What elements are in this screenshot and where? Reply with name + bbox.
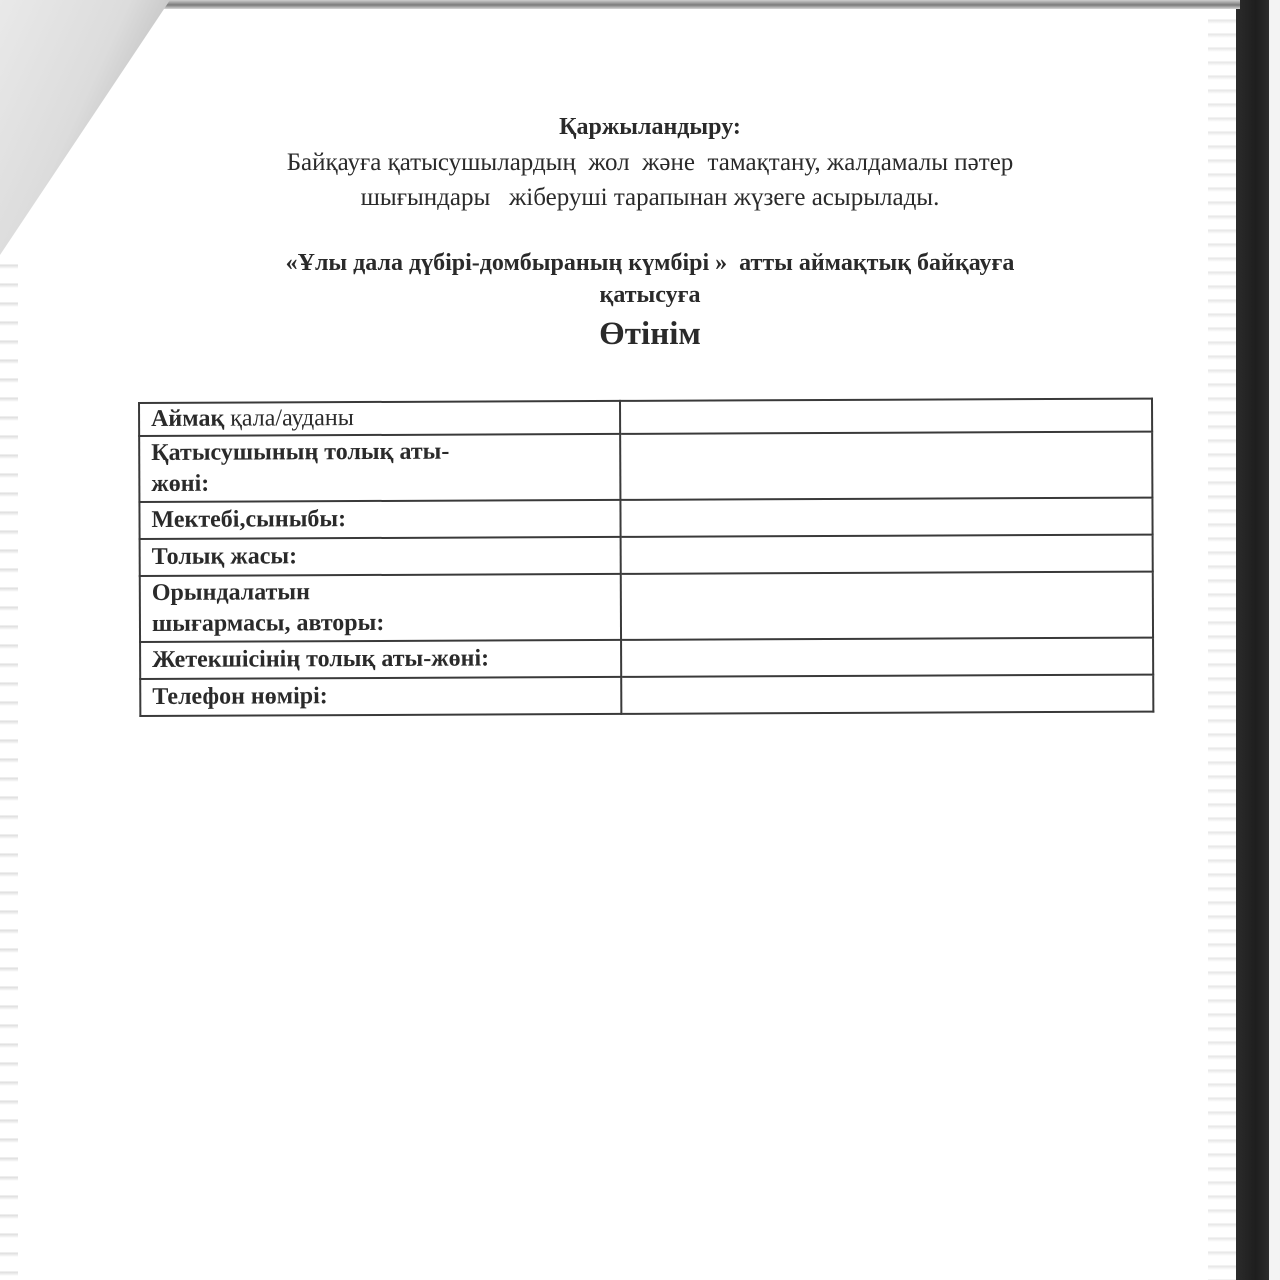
form-row-phone: Телефон нөмірі: <box>140 675 1153 716</box>
form-label-phone: Телефон нөмірі: <box>140 677 621 716</box>
funding-line-2: шығындары жіберуші тарапынан жүзеге асыр… <box>150 180 1150 215</box>
form-row-participant-name: Қатысушының толық аты-жөні: <box>139 432 1152 502</box>
form-label-age: Толық жасы: <box>140 537 621 576</box>
folded-page-corner <box>0 0 170 255</box>
form-field-supervisor-name[interactable] <box>621 638 1153 677</box>
label-bold-part: Мектебі,сыныбы: <box>151 506 346 533</box>
funding-line-1: Байқауға қатысушылардың жол және тамақта… <box>150 145 1150 180</box>
form-row-performed-work: Орындалатын шығармасы, авторы: <box>140 572 1153 642</box>
page-top-shadow <box>150 0 1240 9</box>
form-field-region[interactable] <box>620 399 1152 434</box>
scanner-background-strip <box>1236 0 1269 1280</box>
form-row-region: Аймақ қала/ауданы <box>139 399 1152 436</box>
form-label-supervisor-name: Жетекшісінің толық аты-жөні: <box>140 640 621 679</box>
scan-noise-left <box>0 250 18 1280</box>
label-normal-part: қала/ауданы <box>224 405 354 432</box>
contest-title-line-2: қатысуға <box>150 279 1150 311</box>
form-label-region: Аймақ қала/ауданы <box>139 401 620 436</box>
form-row-supervisor-name: Жетекшісінің толық аты-жөні: <box>140 638 1153 679</box>
funding-description: Байқауға қатысушылардың жол және тамақта… <box>150 145 1150 215</box>
form-row-age: Толық жасы: <box>140 535 1153 576</box>
form-field-age[interactable] <box>621 535 1153 574</box>
form-row-school-class: Мектебі,сыныбы: <box>139 498 1152 539</box>
scanner-edge <box>1269 0 1280 1280</box>
label-bold-part: Орындалатын шығармасы, авторы: <box>152 577 452 640</box>
label-bold-part: Аймақ <box>151 406 224 432</box>
form-field-phone[interactable] <box>621 675 1153 714</box>
scan-noise-right <box>1208 10 1236 1280</box>
funding-heading: Қаржыландыру: <box>150 114 1150 141</box>
label-bold-part: Қатысушының толық аты-жөні: <box>151 437 451 500</box>
label-bold-part: Толық жасы: <box>152 543 298 570</box>
application-title: Өтінім <box>150 316 1150 353</box>
label-bold-part: Телефон нөмірі: <box>152 683 328 710</box>
form-label-performed-work: Орындалатын шығармасы, авторы: <box>140 574 621 642</box>
form-label-school-class: Мектебі,сыныбы: <box>139 500 620 539</box>
label-bold-part: Жетекшісінің толық аты-жөні: <box>152 645 489 672</box>
contest-title-line-1: «Ұлы дала дүбірі-домбыраның күмбірі » ат… <box>150 247 1150 279</box>
application-form-table: Аймақ қала/ауданы Қатысушының толық аты-… <box>138 398 1154 717</box>
form-field-school-class[interactable] <box>620 498 1152 537</box>
form-field-performed-work[interactable] <box>621 572 1153 640</box>
contest-title: «Ұлы дала дүбірі-домбыраның күмбірі » ат… <box>150 247 1150 311</box>
form-label-participant-name: Қатысушының толық аты-жөні: <box>139 434 620 502</box>
form-field-participant-name[interactable] <box>620 432 1152 500</box>
